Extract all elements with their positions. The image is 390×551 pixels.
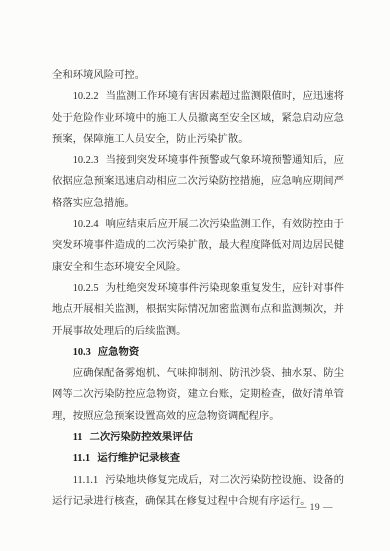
section-number: 10.2.5: [73, 283, 99, 294]
section-number: 11.1: [73, 453, 91, 464]
section-number: 10.3: [73, 347, 91, 358]
paragraph-10-2-5: 10.2.5为杜绝突发环境事件污染现象重复发生，应针对事件地点开展相关监测，根据…: [52, 278, 344, 342]
section-number: 10.2.2: [73, 91, 99, 102]
paragraph-text: 应确保配备雾炮机、气味抑制剂、防汛沙袋、抽水泵、防尘网等二次污染防控应急物资，建…: [52, 368, 344, 422]
section-heading-10-3: 10.3应急物资: [52, 342, 344, 363]
section-number: 10.2.4: [73, 219, 99, 230]
paragraph-10-2-4: 10.2.4响应结束后应开展二次污染监测工作，有效防控由于突发环境事件造成的二次…: [52, 214, 344, 278]
heading-text: 应急物资: [98, 347, 139, 358]
section-number: 11.1.1: [73, 475, 98, 486]
document-page: 全和环境风险可控。 10.2.2当监测工作环境有害因素超过监测限值时，应迅速将处…: [0, 0, 390, 551]
section-number: 10.2.3: [73, 155, 99, 166]
page-number: — 19 —: [297, 503, 333, 513]
paragraph-10-2-2: 10.2.2当监测工作环境有害因素超过监测限值时，应迅速将处于危险作业环境中的施…: [52, 86, 344, 150]
section-heading-11-1: 11.1运行维护记录核查: [52, 448, 344, 469]
paragraph-10-2-3: 10.2.3当接到突发环境事件预警或气象环境预警通知后，应依据应急预案迅速启动相…: [52, 150, 344, 214]
heading-text: 运行维护记录核查: [97, 453, 180, 464]
document-content: 全和环境风险可控。 10.2.2当监测工作环境有害因素超过监测限值时，应迅速将处…: [52, 65, 344, 512]
continuation-paragraph: 全和环境风险可控。: [52, 65, 344, 86]
paragraph-text: 全和环境风险可控。: [52, 70, 145, 81]
heading-text: 二次污染防控效果评估: [89, 432, 192, 443]
section-number: 11: [73, 432, 83, 443]
section-heading-11: 11二次污染防控效果评估: [52, 427, 344, 448]
paragraph-emergency-supplies: 应确保配备雾炮机、气味抑制剂、防汛沙袋、抽水泵、防尘网等二次污染防控应急物资，建…: [52, 363, 344, 427]
